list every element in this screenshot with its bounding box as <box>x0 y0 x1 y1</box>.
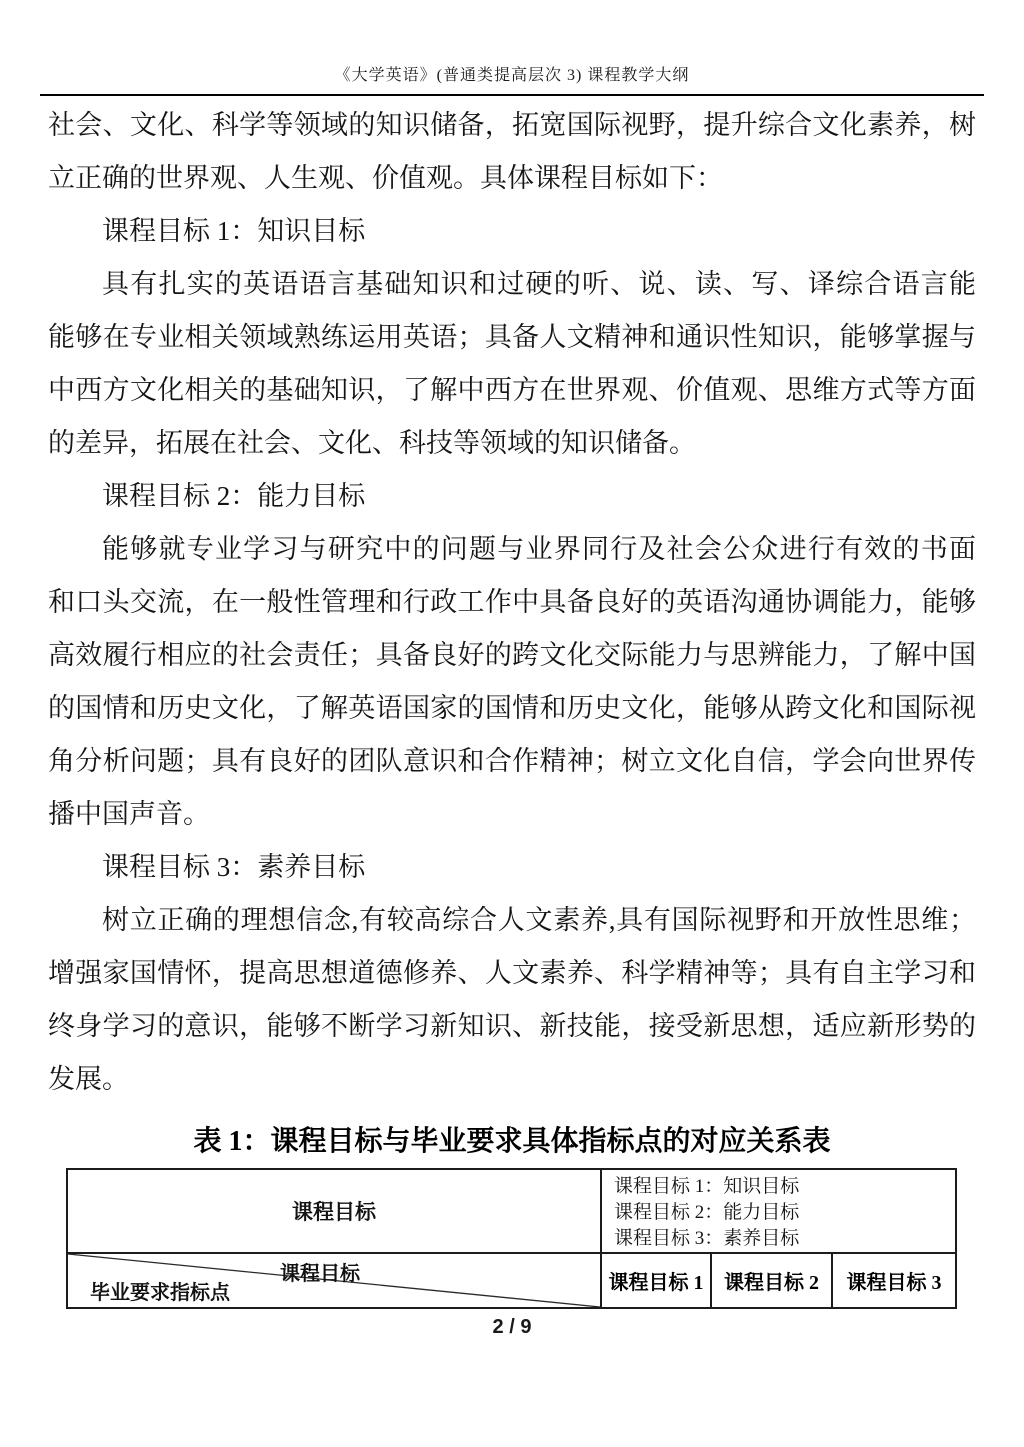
column-header-goal-3: 课程目标 3 <box>831 1254 955 1307</box>
column-header-goal-1: 课程目标 1 <box>602 1254 710 1307</box>
body-line: 角分析问题；具有良好的团队意识和合作精神；树立文化自信，学会向世界传 <box>48 735 976 788</box>
page-number: 2 / 9 <box>0 1316 1024 1339</box>
body-line: 终身学习的意识，能够不断学习新知识、新技能，接受新思想，适应新形势的 <box>48 1000 976 1053</box>
body-line: 的差异，拓展在社会、文化、科技等领域的知识储备。 <box>48 417 976 470</box>
header-title: 《大学英语》(普通类提高层次 3) 课程教学大纲 <box>335 67 690 84</box>
course-goal-line: 课程目标 1：知识目标 <box>614 1174 955 1200</box>
body-line: 播中国声音。 <box>48 788 976 841</box>
course-goal-line: 课程目标 3：素养目标 <box>614 1226 955 1252</box>
column-header-goal-2: 课程目标 2 <box>710 1254 831 1307</box>
objective-heading-3: 课程目标 3：素养目标 <box>48 841 976 894</box>
objective-heading-2: 课程目标 2：能力目标 <box>48 470 976 523</box>
table-row: 课程目标 课程目标 1：知识目标 课程目标 2：能力目标 课程目标 3：素养目标 <box>68 1170 955 1252</box>
body-line: 社会、文化、科学等领域的知识储备，拓宽国际视野，提升综合文化素养，树 <box>48 99 976 152</box>
body-line: 立正确的世界观、人生观、价值观。具体课程目标如下： <box>48 152 976 205</box>
body-line: 树立正确的理想信念,有较高综合人文素养,具有国际视野和开放性思维； <box>48 894 976 947</box>
course-objectives-header-label: 课程目标 <box>292 1196 376 1226</box>
mapping-table: 课程目标 课程目标 1：知识目标 课程目标 2：能力目标 课程目标 3：素养目标… <box>66 1168 957 1309</box>
body-line: 和口头交流，在一般性管理和行政工作中具备良好的英语沟通协调能力，能够 <box>48 576 976 629</box>
page-header: 《大学英语》(普通类提高层次 3) 课程教学大纲 <box>0 62 1024 85</box>
objective-heading-1: 课程目标 1：知识目标 <box>48 205 976 258</box>
body-line: 能够就专业学习与研究中的问题与业界同行及社会公众进行有效的书面 <box>48 523 976 576</box>
document-page: 《大学英语》(普通类提高层次 3) 课程教学大纲 社会、文化、科学等领域的知识储… <box>0 0 1024 1447</box>
body-line: 增强家国情怀，提高思想道德修养、人文素养、科学精神等；具有自主学习和 <box>48 947 976 1000</box>
body-line: 发展。 <box>48 1053 976 1106</box>
diagonal-header-cell: 课程目标 毕业要求指标点 <box>68 1254 602 1307</box>
body-line: 能够在专业相关领域熟练运用英语；具备人文精神和通识性知识，能够掌握与 <box>48 311 976 364</box>
course-objectives-list-cell: 课程目标 1：知识目标 课程目标 2：能力目标 课程目标 3：素养目标 <box>602 1170 955 1252</box>
table-caption: 表 1：课程目标与毕业要求具体指标点的对应关系表 <box>48 1120 976 1164</box>
course-objectives-header-cell: 课程目标 <box>68 1170 602 1252</box>
body-line: 中西方文化相关的基础知识，了解中西方在世界观、价值观、思维方式等方面 <box>48 364 976 417</box>
body-line: 高效履行相应的社会责任；具备良好的跨文化交际能力与思辨能力，了解中国 <box>48 629 976 682</box>
header-rule <box>40 94 984 96</box>
document-body: 社会、文化、科学等领域的知识储备，拓宽国际视野，提升综合文化素养，树 立正确的世… <box>48 99 976 1309</box>
body-line: 具有扎实的英语语言基础知识和过硬的听、说、读、写、译综合语言能力， <box>48 258 976 311</box>
table-row: 课程目标 毕业要求指标点 课程目标 1 课程目标 2 课程目标 3 <box>68 1252 955 1307</box>
body-line: 的国情和历史文化，了解英语国家的国情和历史文化，能够从跨文化和国际视 <box>48 682 976 735</box>
diagonal-top-label: 课程目标 <box>280 1257 360 1286</box>
course-goal-line: 课程目标 2：能力目标 <box>614 1200 955 1226</box>
diagonal-bottom-label: 毕业要求指标点 <box>90 1276 230 1305</box>
